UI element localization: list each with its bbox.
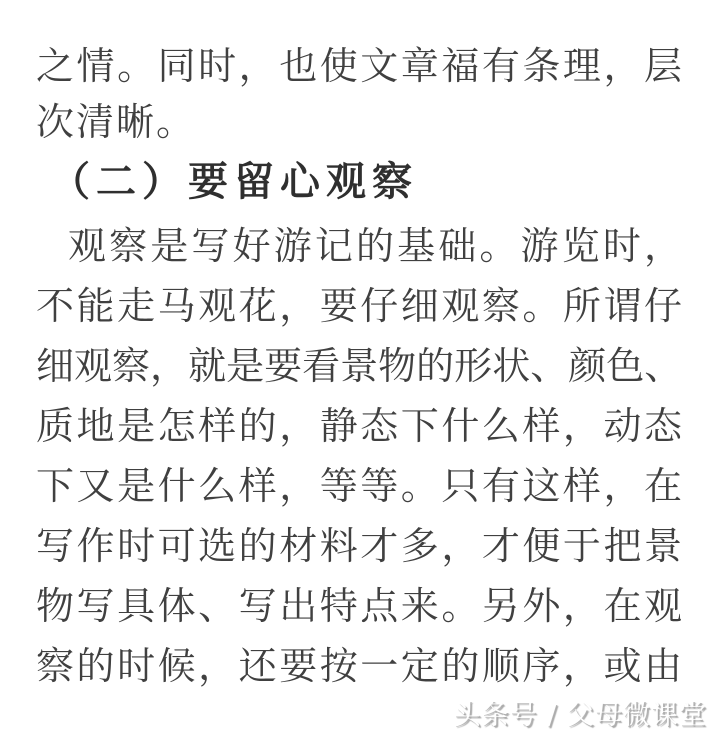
watermark: 头条号 / 父母微课堂 xyxy=(454,693,707,732)
text-line-5: 不能走马观花，要仔细观察。所谓仔 xyxy=(36,272,682,332)
text-line-8: 下又是什么样，等等。只有这样，在 xyxy=(36,452,682,512)
document-page: 之情。同时，也使文章福有条理，层 次清晰。 （二）要留心观察 观察是写好游记的基… xyxy=(0,0,719,735)
text-line-2: 次清晰。 xyxy=(36,92,682,152)
text-line-7: 质地是怎样的，静态下什么样，动态 xyxy=(36,392,682,452)
text-line-6: 细观察，就是要看景物的形状、颜色、 xyxy=(36,332,682,392)
text-line-4: 观察是写好游记的基础。游览时， xyxy=(36,212,682,272)
section-heading: （二）要留心观察 xyxy=(36,152,682,212)
text-line-1: 之情。同时，也使文章福有条理，层 xyxy=(36,32,682,92)
text-line-10: 物写具体、写出特点来。另外，在观 xyxy=(36,572,682,632)
text-line-9: 写作时可选的材料才多，才便于把景 xyxy=(36,512,682,572)
text-block: 之情。同时，也使文章福有条理，层 次清晰。 （二）要留心观察 观察是写好游记的基… xyxy=(0,0,719,692)
text-line-11: 察的时候，还要按一定的顺序，或由 xyxy=(36,632,682,692)
